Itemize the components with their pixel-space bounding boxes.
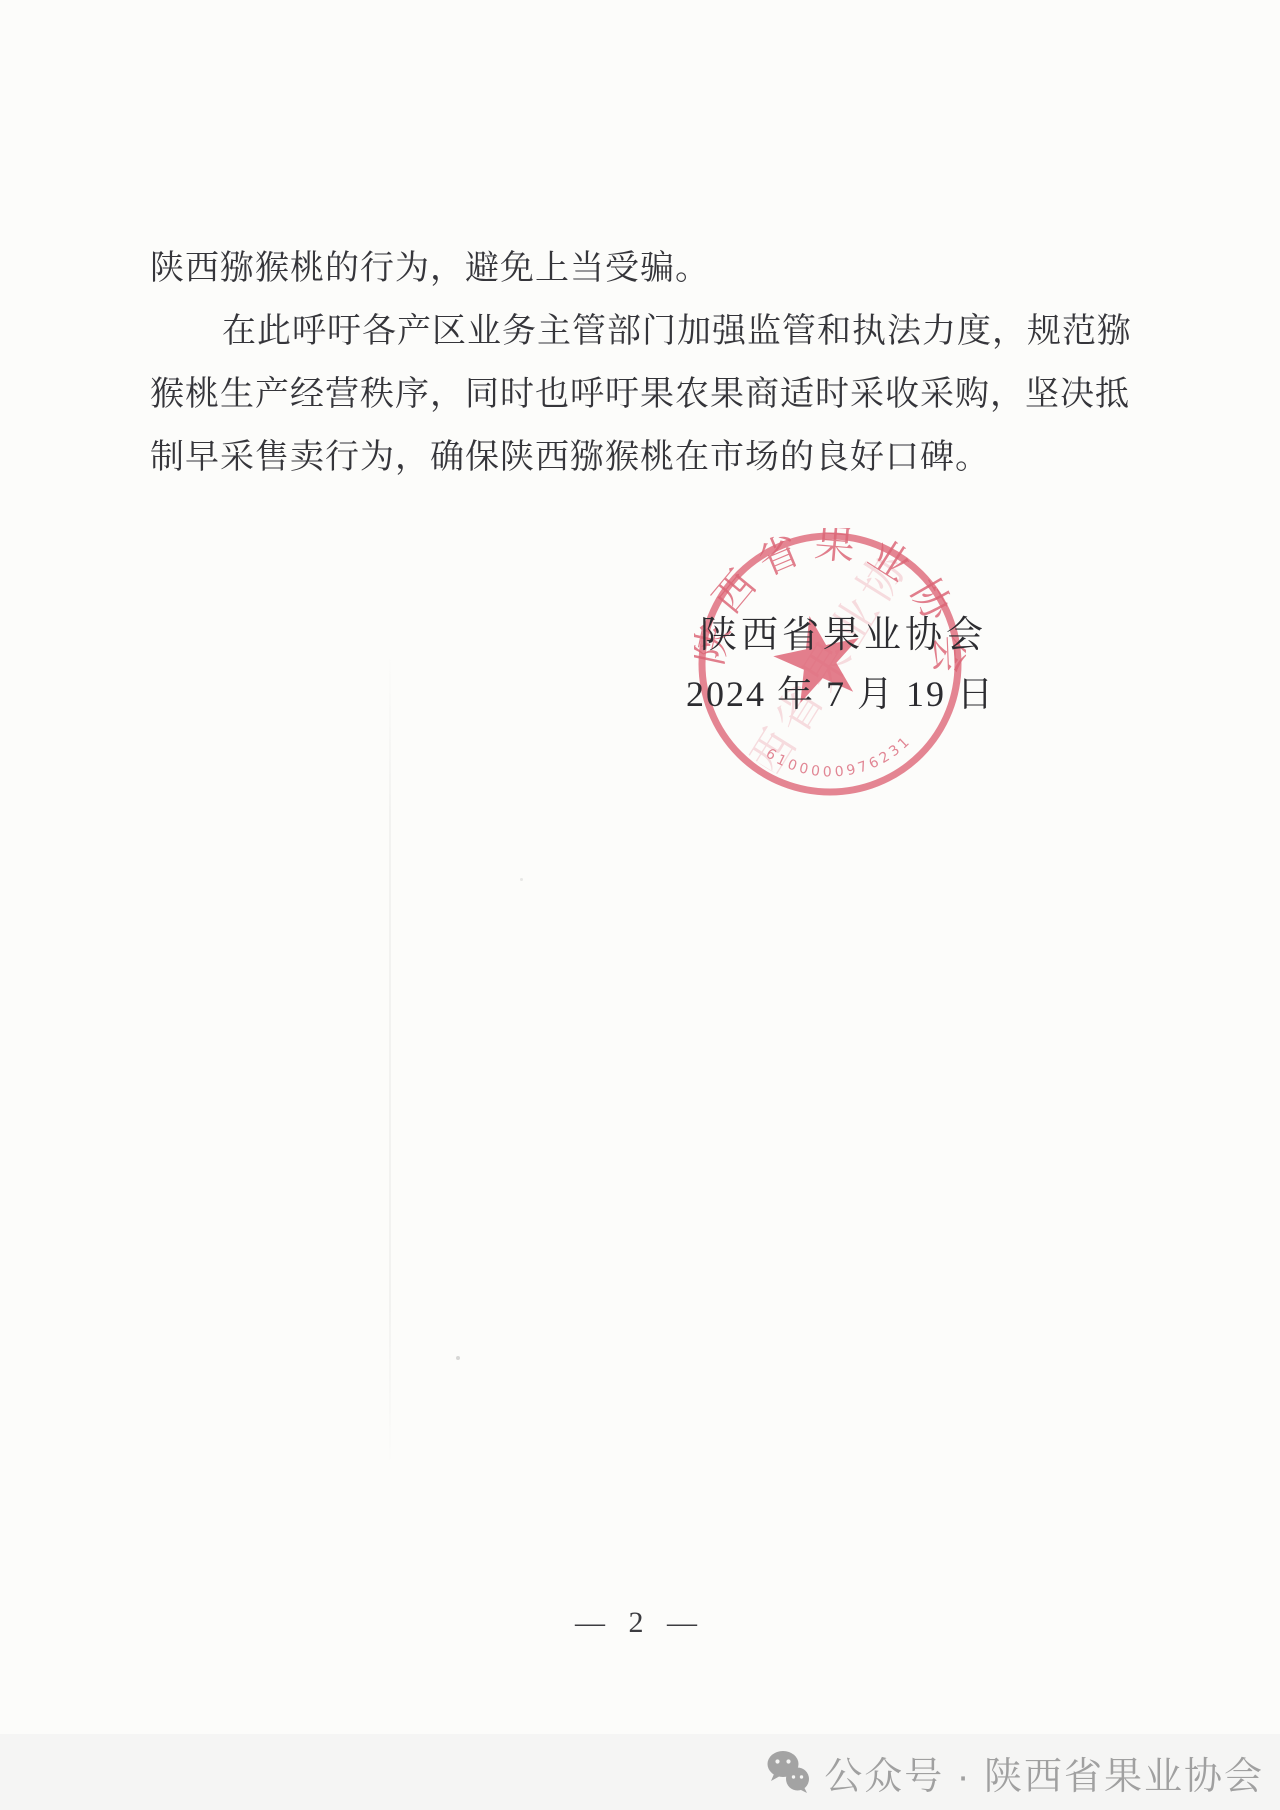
signature-date: 2024 年 7 月 19 日	[686, 666, 995, 717]
body-line: 制早采售卖行为，确保陕西猕猴桃在市场的良好口碑。	[150, 429, 990, 478]
body-line: 在此呼吁各产区业务主管部门加强监管和执法力度，规范猕	[222, 303, 1132, 352]
scan-speck	[456, 1356, 460, 1360]
footer-bar: 公众号 · 陕西省果业协会	[0, 1734, 1280, 1810]
page-number: — 2 —	[0, 1606, 1280, 1640]
scan-speck	[520, 878, 523, 881]
document-page: 陕西猕猴桃的行为，避免上当受骗。 在此呼吁各产区业务主管部门加强监管和执法力度，…	[0, 0, 1280, 1810]
body-line: 猴桃生产经营秩序，同时也呼吁果农果商适时采收采购，坚决抵	[150, 366, 1130, 415]
official-seal: 陕西省果业协会 陕西省果业协会 6100000976231	[694, 528, 966, 800]
footer-label: 公众号 · 陕西省果业协会	[824, 1745, 1264, 1800]
signature-org: 陕西省果业协会	[700, 604, 987, 658]
scan-crease	[389, 650, 391, 1470]
body-line: 陕西猕猴桃的行为，避免上当受骗。	[150, 240, 710, 289]
wechat-icon	[766, 1750, 812, 1794]
